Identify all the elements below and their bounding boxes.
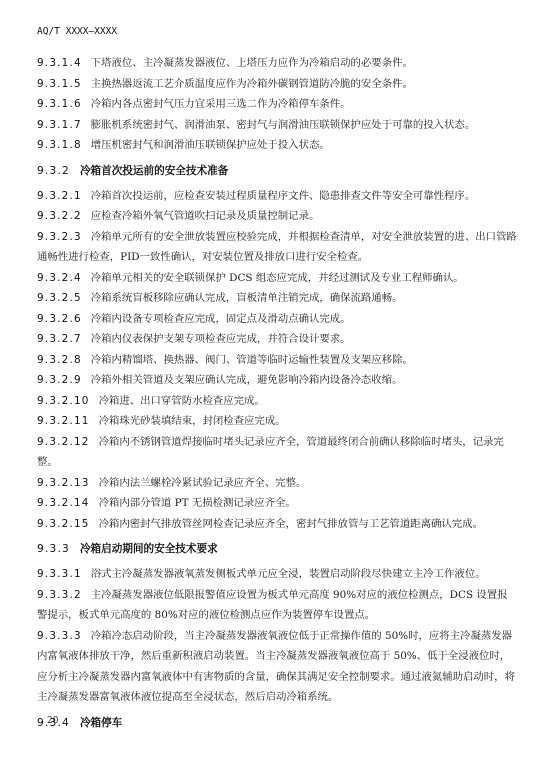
clause-text: 应检查冷箱外氧气管道吹扫记录及质量控制记录。 [91, 210, 320, 222]
clause-number: 9.3.2.1 [37, 190, 82, 202]
clause-text: 冷箱冷态启动阶段，当主冷凝蒸发器液氧液位低于正常操作值的 50%时，应将主冷凝蒸… [37, 630, 515, 704]
clause-number: 9.3.3.2 [37, 589, 82, 601]
clause-9-3-2-4: 9.3.2.4冷箱单元相关的安全联锁保护 DCS 组态应完成，并经过测试及专业工… [37, 268, 517, 289]
clause-9-3-3-2: 9.3.3.2主冷凝蒸发器液位低限报警值应设置为板式单元高度 90%对应的液位检… [37, 585, 517, 626]
clause-text: 冷箱内部分管道 PT 无损检测记录应齐全。 [99, 497, 296, 509]
clause-text: 增压机密封气和润滑油压联锁保护应处于投入状态。 [91, 139, 330, 151]
clause-9-3-1-7: 9.3.1.7膨胀机系统密封气、润滑油泵、密封气与润滑油压联锁保护应处于可靠的投… [37, 115, 517, 136]
document-code-header: AQ/T XXXX—XXXX [37, 26, 117, 37]
clause-9-3-2-5: 9.3.2.5冷箱系统盲板移除应确认完成，盲板清单注销完成，确保流路通畅。 [37, 288, 517, 309]
clause-text: 冷箱内法兰螺栓冷紧试验记录应齐全、完整。 [99, 477, 307, 489]
clause-text: 冷箱内精馏塔、换热器、阀门、管道等临时运输性装置及支架应移除。 [91, 354, 413, 366]
clause-text: 冷箱单元所有的安全泄放装置应校验完成，并根据检查清单，对安全泄放装置的进、出口管… [37, 231, 517, 264]
clause-number: 9.3.2.14 [37, 497, 90, 509]
clause-text: 冷箱进、出口穿管防水检查应完成。 [99, 395, 265, 407]
clause-number: 9.3.2.3 [37, 231, 82, 243]
clause-text: 冷箱内密封气排放管丝网检查记录应齐全，密封气排放管与工艺管道距离确认完成。 [99, 518, 483, 530]
clause-text: 冷箱内设备专项检查应完成，固定点及滑动点确认完成。 [91, 313, 351, 325]
clause-text: 冷箱外相关管道及支架应确认完成，避免影响冷箱内设备冷态收缩。 [91, 374, 403, 386]
clause-9-3-2-11: 9.3.2.11冷箱珠光砂装填结束，封闭检查应完成。 [37, 411, 517, 432]
clause-text: 冷箱系统盲板移除应确认完成，盲板清单注销完成，确保流路通畅。 [91, 292, 403, 304]
clause-number: 9.3.2.9 [37, 374, 82, 386]
clause-9-3-2-6: 9.3.2.6冷箱内设备专项检查应完成，固定点及滑动点确认完成。 [37, 309, 517, 330]
clause-9-3-2-10: 9.3.2.10冷箱进、出口穿管防水检查应完成。 [37, 391, 517, 412]
clause-9-3-1-8: 9.3.1.8增压机密封气和润滑油压联锁保护应处于投入状态。 [37, 135, 517, 156]
clause-9-3-2-3: 9.3.2.3冷箱单元所有的安全泄放装置应校验完成，并根据检查清单，对安全泄放装… [37, 227, 517, 268]
clause-9-3-2-1: 9.3.2.1冷箱首次投运前，应检查安装过程质量程序文件、隐患排查文件等安全可靠… [37, 186, 517, 207]
clause-number: 9.3.2.11 [37, 415, 90, 427]
clause-number: 9.3.1.4 [37, 57, 82, 69]
clause-number: 9.3.2.8 [37, 354, 82, 366]
section-heading-9-3-2: 9.3.2冷箱首次投运前的安全技术准备 [37, 162, 517, 180]
clause-9-3-2-8: 9.3.2.8冷箱内精馏塔、换热器、阀门、管道等临时运输性装置及支架应移除。 [37, 350, 517, 371]
clause-number: 9.3.2.2 [37, 210, 82, 222]
section-title: 冷箱启动期间的安全技术要求 [80, 543, 218, 555]
clause-9-3-1-6: 9.3.1.6冷箱内各点密封气压力宜采用三选二作为冷箱停车条件。 [37, 94, 517, 115]
clause-9-3-1-4: 9.3.1.4下塔液位、主冷凝蒸发器液位、上塔压力应作为冷箱启动的必要条件。 [37, 53, 517, 74]
clause-text: 冷箱珠光砂装填结束，封闭检查应完成。 [99, 415, 286, 427]
clause-number: 9.3.2.15 [37, 518, 90, 530]
clause-number: 9.3.1.7 [37, 119, 82, 131]
clause-text: 冷箱单元相关的安全联锁保护 DCS 组态应完成，并经过测试及专业工程师确认。 [91, 272, 464, 284]
document-body: 9.3.1.4下塔液位、主冷凝蒸发器液位、上塔压力应作为冷箱启动的必要条件。 9… [37, 53, 517, 738]
section-number: 9.3.2 [37, 165, 70, 177]
clause-number: 9.3.1.8 [37, 139, 82, 151]
clause-9-3-3-3: 9.3.3.3冷箱冷态启动阶段，当主冷凝蒸发器液氧液位低于正常操作值的 50%时… [37, 626, 517, 708]
clause-text: 冷箱内各点密封气压力宜采用三选二作为冷箱停车条件。 [91, 98, 351, 110]
clause-9-3-2-13: 9.3.2.13冷箱内法兰螺栓冷紧试验记录应齐全、完整。 [37, 473, 517, 494]
clause-text: 冷箱内不锈钢管道焊接临时堵头记录应齐全，管道最终闭合前确认移除临时堵头，记录完整… [37, 436, 504, 469]
clause-9-3-1-5: 9.3.1.5主换热器返流工艺介质温度应作为冷箱外碳钢管道防冷脆的安全条件。 [37, 74, 517, 95]
clause-text: 冷箱内仪表保护支架专项检查应完成，并符合设计要求。 [91, 333, 351, 345]
clause-9-3-2-7: 9.3.2.7冷箱内仪表保护支架专项检查应完成，并符合设计要求。 [37, 329, 517, 350]
document-page: AQ/T XXXX—XXXX 9.3.1.4下塔液位、主冷凝蒸发器液位、上塔压力… [0, 0, 556, 783]
clause-number: 9.3.2.13 [37, 477, 90, 489]
section-title: 冷箱首次投运前的安全技术准备 [80, 165, 228, 177]
clause-9-3-2-12: 9.3.2.12冷箱内不锈钢管道焊接临时堵头记录应齐全，管道最终闭合前确认移除临… [37, 432, 517, 473]
clause-text: 浴式主冷凝蒸发器液氧蒸发侧板式单元应全浸，装置启动阶段尽快建立主冷工作液位。 [91, 568, 486, 580]
clause-9-3-2-14: 9.3.2.14冷箱内部分管道 PT 无损检测记录应齐全。 [37, 493, 517, 514]
clause-number: 9.3.2.10 [37, 395, 90, 407]
page-number: 20 [47, 716, 58, 726]
clause-number: 9.3.2.5 [37, 292, 82, 304]
section-title: 冷箱停车 [80, 717, 122, 729]
section-heading-9-3-4: 9.3.4冷箱停车 [37, 714, 517, 732]
clause-9-3-3-1: 9.3.3.1浴式主冷凝蒸发器液氧蒸发侧板式单元应全浸，装置启动阶段尽快建立主冷… [37, 564, 517, 585]
clause-number: 9.3.3.1 [37, 568, 82, 580]
clause-9-3-2-15: 9.3.2.15冷箱内密封气排放管丝网检查记录应齐全，密封气排放管与工艺管道距离… [37, 514, 517, 535]
clause-text: 主冷凝蒸发器液位低限报警值应设置为板式单元高度 90%对应的液位检测点，DCS … [37, 589, 508, 622]
clause-number: 9.3.3.3 [37, 630, 82, 642]
clause-text: 冷箱首次投运前，应检查安装过程质量程序文件、隐患排查文件等安全可靠性程序。 [91, 190, 475, 202]
clause-9-3-2-9: 9.3.2.9冷箱外相关管道及支架应确认完成，避免影响冷箱内设备冷态收缩。 [37, 370, 517, 391]
clause-number: 9.3.2.6 [37, 313, 82, 325]
clause-number: 9.3.2.7 [37, 333, 82, 345]
section-heading-9-3-3: 9.3.3冷箱启动期间的安全技术要求 [37, 540, 517, 558]
clause-number: 9.3.1.6 [37, 98, 82, 110]
clause-number: 9.3.2.12 [37, 436, 90, 448]
clause-9-3-2-2: 9.3.2.2应检查冷箱外氧气管道吹扫记录及质量控制记录。 [37, 206, 517, 227]
clause-text: 主换热器返流工艺介质温度应作为冷箱外碳钢管道防冷脆的安全条件。 [91, 78, 413, 90]
clause-text: 膨胀机系统密封气、润滑油泵、密封气与润滑油压联锁保护应处于可靠的投入状态。 [91, 119, 475, 131]
clause-number: 9.3.1.5 [37, 78, 82, 90]
section-number: 9.3.3 [37, 543, 70, 555]
clause-number: 9.3.2.4 [37, 272, 82, 284]
clause-text: 下塔液位、主冷凝蒸发器液位、上塔压力应作为冷箱启动的必要条件。 [91, 57, 413, 69]
